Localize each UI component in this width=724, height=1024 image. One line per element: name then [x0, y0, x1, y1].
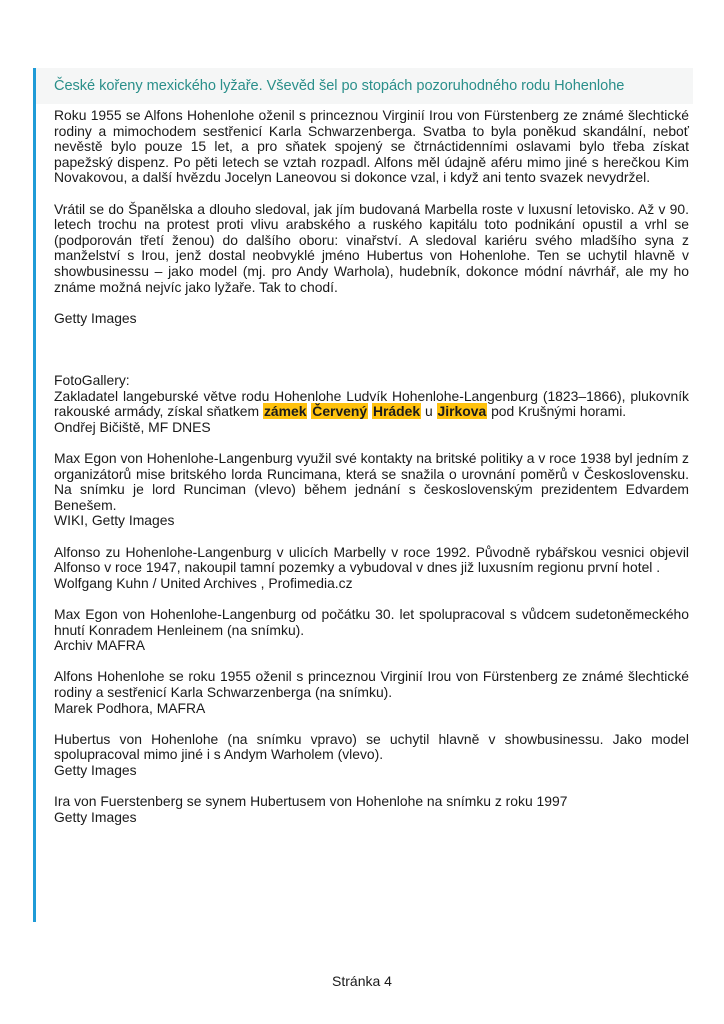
gallery-credit: Ondřej Bičiště, MF DNES [54, 420, 689, 436]
article-header: České kořeny mexického lyžaře. Vševěd še… [36, 68, 693, 104]
gallery-caption: Max Egon von Hohenlohe-Langenburg od poč… [54, 607, 689, 638]
caption-text: u [425, 403, 433, 419]
gallery-item: Max Egon von Hohenlohe-Langenburg využil… [54, 451, 689, 529]
gallery-item: Zakladatel langeburské větve rodu Hohenl… [54, 389, 689, 436]
gallery-credit: Archiv MAFRA [54, 638, 689, 654]
gallery-credit: Getty Images [54, 810, 689, 826]
caption-text: pod Krušnými horami. [491, 403, 626, 419]
article: České kořeny mexického lyžaře. Vševěd še… [33, 68, 693, 922]
gallery-item: Hubertus von Hohenlohe (na snímku vpravo… [54, 732, 689, 779]
gallery-credit: Getty Images [54, 763, 689, 779]
gallery-item: Ira von Fuerstenberg se synem Hubertusem… [54, 794, 689, 825]
gallery-item: Alfonso zu Hohenlohe-Langenburg v ulicíc… [54, 545, 689, 592]
gallery-item: Max Egon von Hohenlohe-Langenburg od poč… [54, 607, 689, 654]
gallery-credit: WIKI, Getty Images [54, 513, 689, 529]
article-paragraph: Vrátil se do Španělska a dlouho sledoval… [54, 202, 689, 296]
article-title: České kořeny mexického lyžaře. Vševěd še… [54, 78, 624, 94]
highlight-term: Jirkova [437, 403, 488, 419]
gallery-credit: Marek Podhora, MAFRA [54, 701, 689, 717]
gallery-caption: Ira von Fuerstenberg se synem Hubertusem… [54, 794, 689, 810]
gallery-caption: Zakladatel langeburské větve rodu Hohenl… [54, 389, 689, 420]
gallery-caption: Hubertus von Hohenlohe (na snímku vpravo… [54, 732, 689, 763]
highlight-term: Červený [311, 403, 368, 419]
article-paragraph: Roku 1955 se Alfons Hohenlohe oženil s p… [54, 108, 689, 186]
highlight-term: zámek [263, 403, 307, 419]
gallery-caption: Alfons Hohenlohe se roku 1955 oženil s p… [54, 669, 689, 700]
highlight-term: Hrádek [372, 403, 421, 419]
gallery-label: FotoGallery: [54, 373, 689, 389]
page-number: Stránka 4 [0, 973, 724, 989]
gallery-caption: Alfonso zu Hohenlohe-Langenburg v ulicíc… [54, 545, 689, 576]
photo-credit: Getty Images [54, 311, 689, 327]
article-body: Roku 1955 se Alfons Hohenlohe oženil s p… [36, 108, 693, 825]
gallery-item: Alfons Hohenlohe se roku 1955 oženil s p… [54, 669, 689, 716]
gallery-credit: Wolfgang Kuhn / United Archives , Profim… [54, 576, 689, 592]
gallery-caption: Max Egon von Hohenlohe-Langenburg využil… [54, 451, 689, 513]
